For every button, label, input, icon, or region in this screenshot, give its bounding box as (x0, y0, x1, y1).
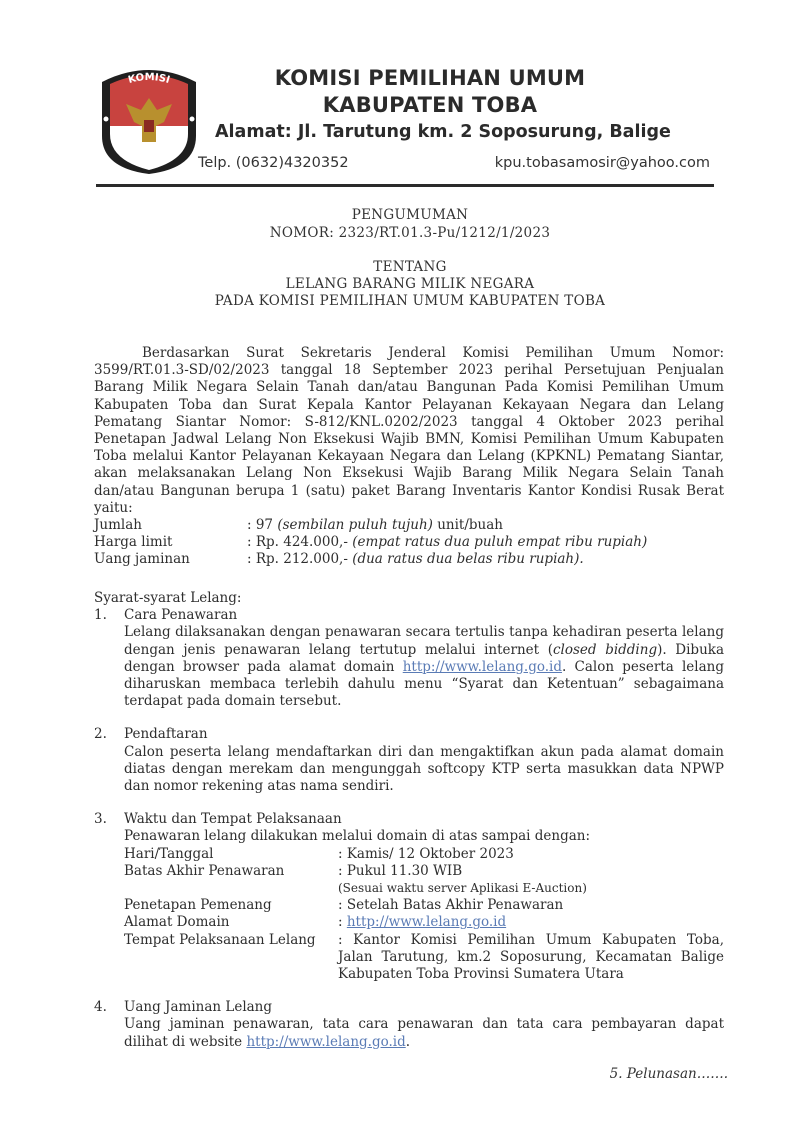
doc-type: PENGUMUMAN (0, 207, 800, 223)
org-address: Alamat: Jl. Tarutung km. 2 Soposurung, B… (215, 122, 671, 142)
schedule-row: Tempat Pelaksanaan Lelang : Kantor Komis… (124, 932, 724, 984)
terms-title: Syarat-syarat Lelang: (94, 590, 724, 607)
document-page: KOMISI PEMILIHAN UMUM KOMISI PEMILIHAN U… (0, 0, 800, 1126)
term-title: Waktu dan Tempat Pelaksanaan (124, 811, 724, 828)
letterhead-divider (96, 184, 714, 187)
term-item-3: 3. Waktu dan Tempat Pelaksanaan Penawara… (94, 811, 724, 983)
lelang-link[interactable]: http://www.lelang.go.id (246, 1034, 405, 1050)
org-phone: Telp. (0632)4320352 (198, 155, 349, 171)
lelang-link[interactable]: http://www.lelang.go.id (347, 914, 506, 930)
schedule-row: Hari/Tanggal : Kamis/ 12 Oktober 2023 (124, 846, 724, 863)
terms-section: Syarat-syarat Lelang: 1. Cara Penawaran … (94, 590, 724, 1051)
next-page-marker: 5. Pelunasan……. (610, 1066, 728, 1082)
doc-number: NOMOR: 2323/RT.01.3-Pu/1212/1/2023 (0, 225, 800, 241)
term-item-4: 4. Uang Jaminan Lelang Uang jaminan pena… (94, 999, 724, 1051)
term-title: Cara Penawaran (124, 607, 724, 624)
detail-row: Harga limit : Rp. 424.000,- (empat ratus… (94, 534, 724, 551)
lelang-link[interactable]: http://www.lelang.go.id (403, 659, 562, 675)
schedule-row: Alamat Domain : http://www.lelang.go.id (124, 914, 724, 931)
term-text: Calon peserta lelang mendaftarkan diri d… (124, 744, 724, 796)
schedule-row: Batas Akhir Penawaran : Pukul 11.30 WIB(… (124, 863, 724, 897)
intro-section: Berdasarkan Surat Sekretaris Jenderal Ko… (94, 345, 724, 569)
term-item-1: 1. Cara Penawaran Lelang dilaksanakan de… (94, 607, 724, 710)
term-text: Uang jaminan penawaran, tata cara penawa… (124, 1016, 724, 1050)
term-intro: Penawaran lelang dilakukan melalui domai… (124, 828, 724, 845)
schedule-row: Penetapan Pemenang : Setelah Batas Akhir… (124, 897, 724, 914)
org-region: KABUPATEN TOBA (0, 93, 800, 117)
org-name: KOMISI PEMILIHAN UMUM (0, 66, 800, 90)
term-title: Uang Jaminan Lelang (124, 999, 724, 1016)
detail-row: Uang jaminan : Rp. 212.000,- (dua ratus … (94, 551, 724, 568)
doc-subject-2: PADA KOMISI PEMILIHAN UMUM KABUPATEN TOB… (0, 293, 800, 309)
doc-subject-1: LELANG BARANG MILIK NEGARA (0, 276, 800, 292)
org-email: kpu.tobasamosir@yahoo.com (495, 155, 710, 171)
term-item-2: 2. Pendaftaran Calon peserta lelang mend… (94, 726, 724, 795)
doc-about: TENTANG (0, 259, 800, 275)
detail-row: Jumlah : 97 (sembilan puluh tujuh) unit/… (94, 517, 724, 534)
intro-paragraph: Berdasarkan Surat Sekretaris Jenderal Ko… (94, 345, 724, 517)
term-text: Lelang dilaksanakan dengan penawaran sec… (124, 624, 724, 710)
term-title: Pendaftaran (124, 726, 724, 743)
